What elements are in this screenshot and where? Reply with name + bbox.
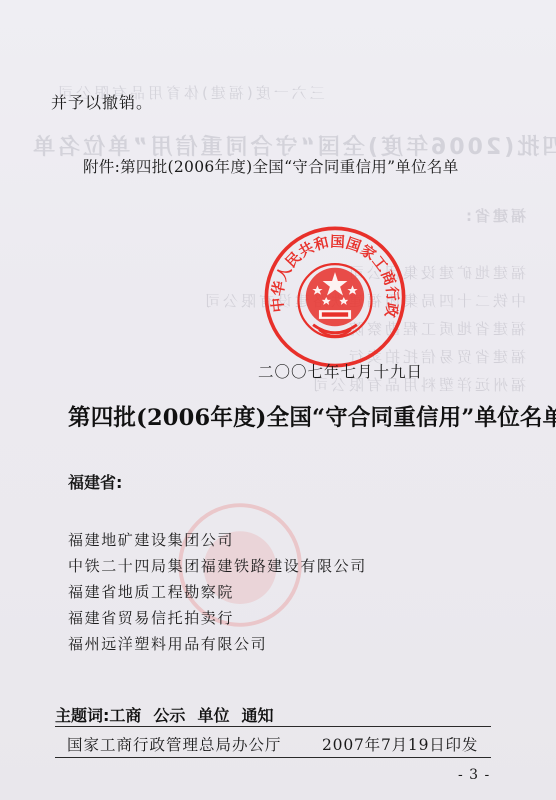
list-item: 福建省贸易信托拍卖行: [68, 605, 367, 631]
keyword: 单位: [197, 706, 229, 725]
list-item: 福州远洋塑料用品有限公司: [68, 631, 367, 657]
keyword: 工商: [109, 706, 141, 725]
bleed-line: 福建省地质工程勘察院: [346, 318, 526, 339]
list-item: 福建省地质工程勘察院: [68, 579, 367, 605]
company-list: 福建地矿建设集团公司 中铁二十四局集团福建铁路建设有限公司 福建省地质工程勘察院…: [68, 527, 367, 657]
document-page: 三六一度(福建)体育用品有限公司 第四批(2006年度)全国“守合同重信用”单位…: [0, 0, 556, 800]
footer-divider-bottom: [55, 757, 491, 758]
footer-divider-top: [55, 726, 491, 727]
issue-date: 2007年7月19日印发: [322, 733, 478, 755]
subject-keywords: 主题词:工商公示单位通知: [55, 703, 285, 726]
attachment-title: 第四批(2006年度)全国“守合同重信用”单位名单: [68, 400, 556, 432]
keywords-label: 主题词:: [55, 706, 109, 725]
closing-text: 并予以撤销。: [51, 90, 153, 113]
signature-date: 二〇〇七年七月十九日: [258, 360, 423, 382]
bleed-line: 福建省:: [463, 205, 526, 226]
bleed-line: 中铁二十四局集团福建铁路建设有限公司: [202, 290, 526, 311]
bleed-line: 福建地矿建设集团公司: [346, 262, 526, 283]
province-label: 福建省:: [68, 470, 122, 493]
issuing-office: 国家工商行政管理总局办公厅: [67, 733, 282, 755]
page-number: - 3 -: [458, 767, 490, 783]
attachment-reference: 附件:第四批(2006年度)全国“守合同重信用”单位名单: [83, 155, 459, 177]
list-item: 福建地矿建设集团公司: [68, 527, 367, 553]
official-seal-icon: 中华人民共和国国家工商行政管理总局: [262, 224, 408, 370]
keyword: 公示: [153, 706, 185, 725]
list-item: 中铁二十四局集团福建铁路建设有限公司: [68, 553, 367, 579]
svg-text:中华人民共和国国家工商行政管理总局: 中华人民共和国国家工商行政管理总局: [262, 224, 402, 319]
keyword: 通知: [241, 706, 273, 725]
